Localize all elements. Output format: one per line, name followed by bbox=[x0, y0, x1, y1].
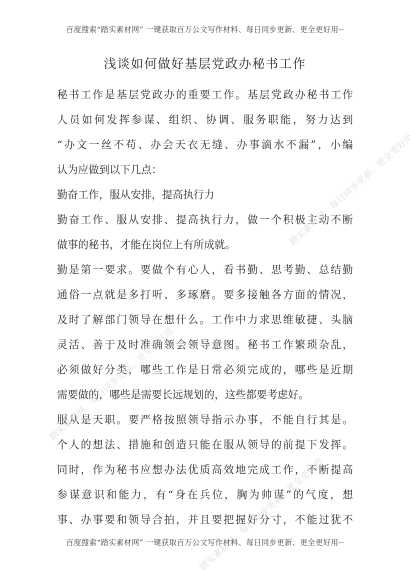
body-line: 认为应做到以下几点： bbox=[57, 158, 353, 183]
body-line: 必须做好分类，哪些工作是日常必须完成的，哪些是近期 bbox=[57, 358, 353, 383]
header-promo-note: 百度搜索“踏实素材网” 一键获取百万公文写作材料、每日同步更新、更全更好用-- bbox=[0, 24, 410, 35]
body-line: “办文一丝不苟、办会天衣无缝、办事滴水不漏”，小编 bbox=[57, 133, 353, 158]
body-line: 及时了解部门领导在想什么。工作中力求思维敏捷、头脑 bbox=[57, 308, 353, 333]
body-line: 同时，作为秘书应想办法优质高效地完成工作，不断提高 bbox=[57, 458, 353, 483]
section-heading-line: 勤奋工作，服从安排，提高执行力 bbox=[57, 183, 353, 208]
body-line: 做事的秘书，才能在岗位上有所成就。 bbox=[57, 233, 353, 258]
body-line: 参谋意识和能力，有“身在兵位，胸为帅谋”的气度，想 bbox=[57, 483, 353, 508]
body-line: 通俗一点就是多打听、多琢磨。要多接触各方面的情况， bbox=[57, 283, 353, 308]
body-line: 服从是天职。要严格按照领导指示办事，不能自行其是。 bbox=[57, 408, 353, 433]
footer-promo-note: 百度搜索“踏实素材网” 一键获取百万公文写作材料、每日同步更新、更全更好用-- bbox=[0, 537, 410, 548]
body-line: 秘书工作是基层党政办的重要工作。基层党政办秘书工作 bbox=[57, 83, 353, 108]
document-page: 百度搜索“踏实素材网” 一键获取百万公文写作材料、每日同步更新、更全更好用-- … bbox=[0, 0, 410, 580]
body-line: 人员如何发挥参谋、组织、协调、服务职能，努力达到 bbox=[57, 108, 353, 133]
body-line: 个人的想法、措施和创造只能在服从领导的前提下发挥。 bbox=[57, 433, 353, 458]
document-body: 秘书工作是基层党政办的重要工作。基层党政办秘书工作人员如何发挥参谋、组织、协调、… bbox=[57, 83, 353, 533]
body-line: 灵活、善于及时准确领会领导意图。秘书工作繁琐杂乱， bbox=[57, 333, 353, 358]
document-title: 浅谈如何做好基层党政办秘书工作 bbox=[0, 54, 410, 72]
body-line: 事、办事要和领导合拍，并且要把握好分寸，不能过犹不 bbox=[57, 508, 353, 533]
body-line: 勤是第一要求。要做个有心人，看书勤、思考勤、总结勤 bbox=[57, 258, 353, 283]
body-line: 需要做的，哪些是需要长远规划的，这些都要考虑好。 bbox=[57, 383, 353, 408]
body-line: 勤奋工作、服从安排、提高执行力，做一个积极主动不断 bbox=[57, 208, 353, 233]
